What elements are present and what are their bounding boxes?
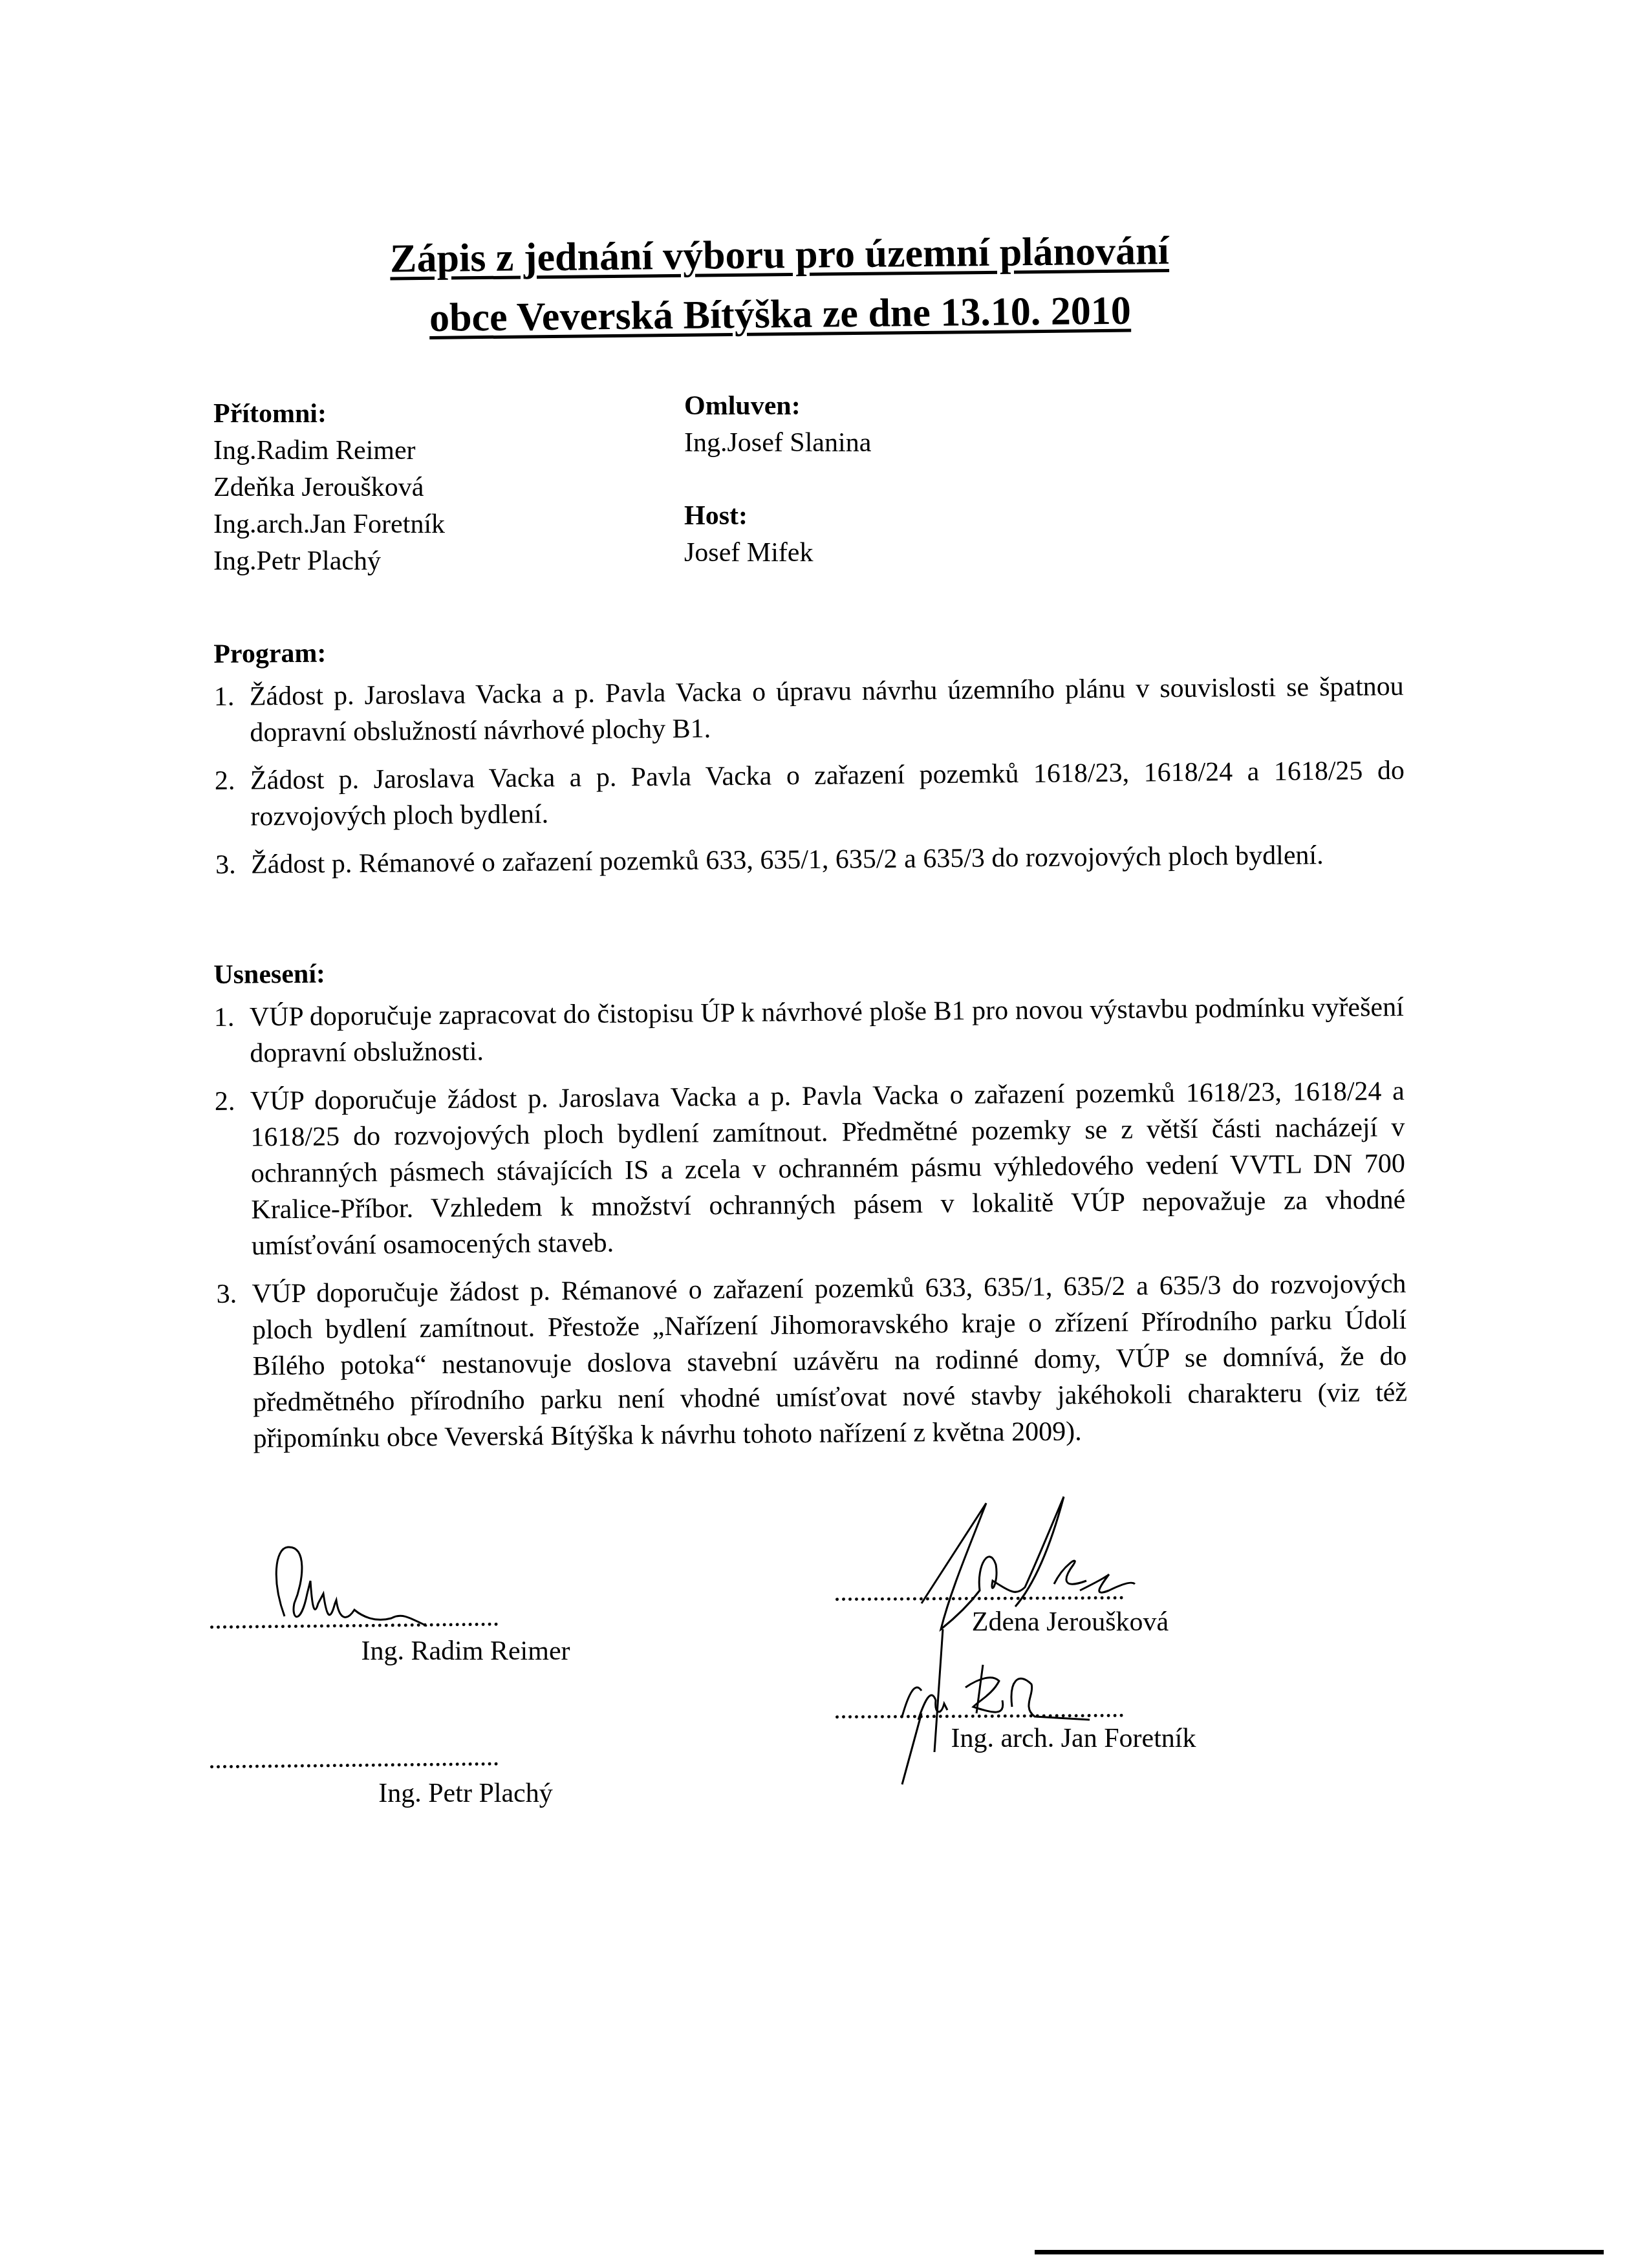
title-line-1: Zápis z jednání výboru pro územní plánov… (390, 221, 1170, 289)
guest-heading: Host: (684, 498, 813, 535)
document-title: Zápis z jednání výboru pro územní plánov… (362, 220, 1198, 348)
signature-reimer (272, 1542, 453, 1632)
signatory-name: Ing. Petr Plachý (304, 1778, 627, 1809)
resolution-item: 3. VÚP doporučuje žádost p. Rémanové o z… (216, 1266, 1407, 1457)
resolution-section: Usnesení: 1. VÚP doporučuje zapracovat d… (213, 945, 1408, 1469)
signatory-name: Ing. Radim Reimer (304, 1636, 627, 1667)
excused-heading: Omluven: (684, 388, 871, 425)
program-item: 1. Žádost p. Jaroslava Vacka a p. Pavla … (214, 669, 1405, 751)
signature-foretnik (896, 1655, 1128, 1759)
resolution-item: 2. VÚP doporučuje žádost p. Jaroslava Va… (215, 1073, 1406, 1265)
program-item: 2. Žádost p. Jaroslava Vacka a p. Pavla … (215, 753, 1405, 835)
resolution-heading: Usnesení: (213, 945, 1403, 994)
present-name: Ing.Radim Reimer (213, 433, 445, 469)
present-name: Ing.arch.Jan Foretník (213, 506, 445, 543)
scan-artifact-line (1035, 2250, 1604, 2254)
resolution-item: 1. VÚP doporučuje zapracovat do čistopis… (214, 989, 1405, 1072)
excused-section: Omluven: Ing.Josef Slanina (684, 388, 871, 462)
present-name: Ing.Petr Plachý (213, 543, 445, 580)
document-page: Zápis z jednání výboru pro územní plánov… (0, 0, 1649, 2268)
present-heading: Přítomni: (213, 396, 445, 433)
title-line-2: obce Veverská Bítýška ze dne 13.10. 2010 (429, 281, 1131, 348)
program-item: 3. Žádost p. Rémanové o zařazení pozemků… (215, 837, 1405, 883)
present-name: Zdeňka Jeroušková (213, 469, 445, 506)
guest-name: Josef Mifek (684, 535, 813, 572)
guest-section: Host: Josef Mifek (684, 498, 813, 572)
excused-name: Ing.Josef Slanina (684, 425, 871, 462)
signature-line (210, 1762, 498, 1769)
program-section: Program: 1. Žádost p. Jaroslava Vacka a … (213, 625, 1405, 895)
present-section: Přítomni: Ing.Radim Reimer Zdeňka Jerouš… (213, 396, 445, 580)
program-heading: Program: (213, 625, 1403, 674)
